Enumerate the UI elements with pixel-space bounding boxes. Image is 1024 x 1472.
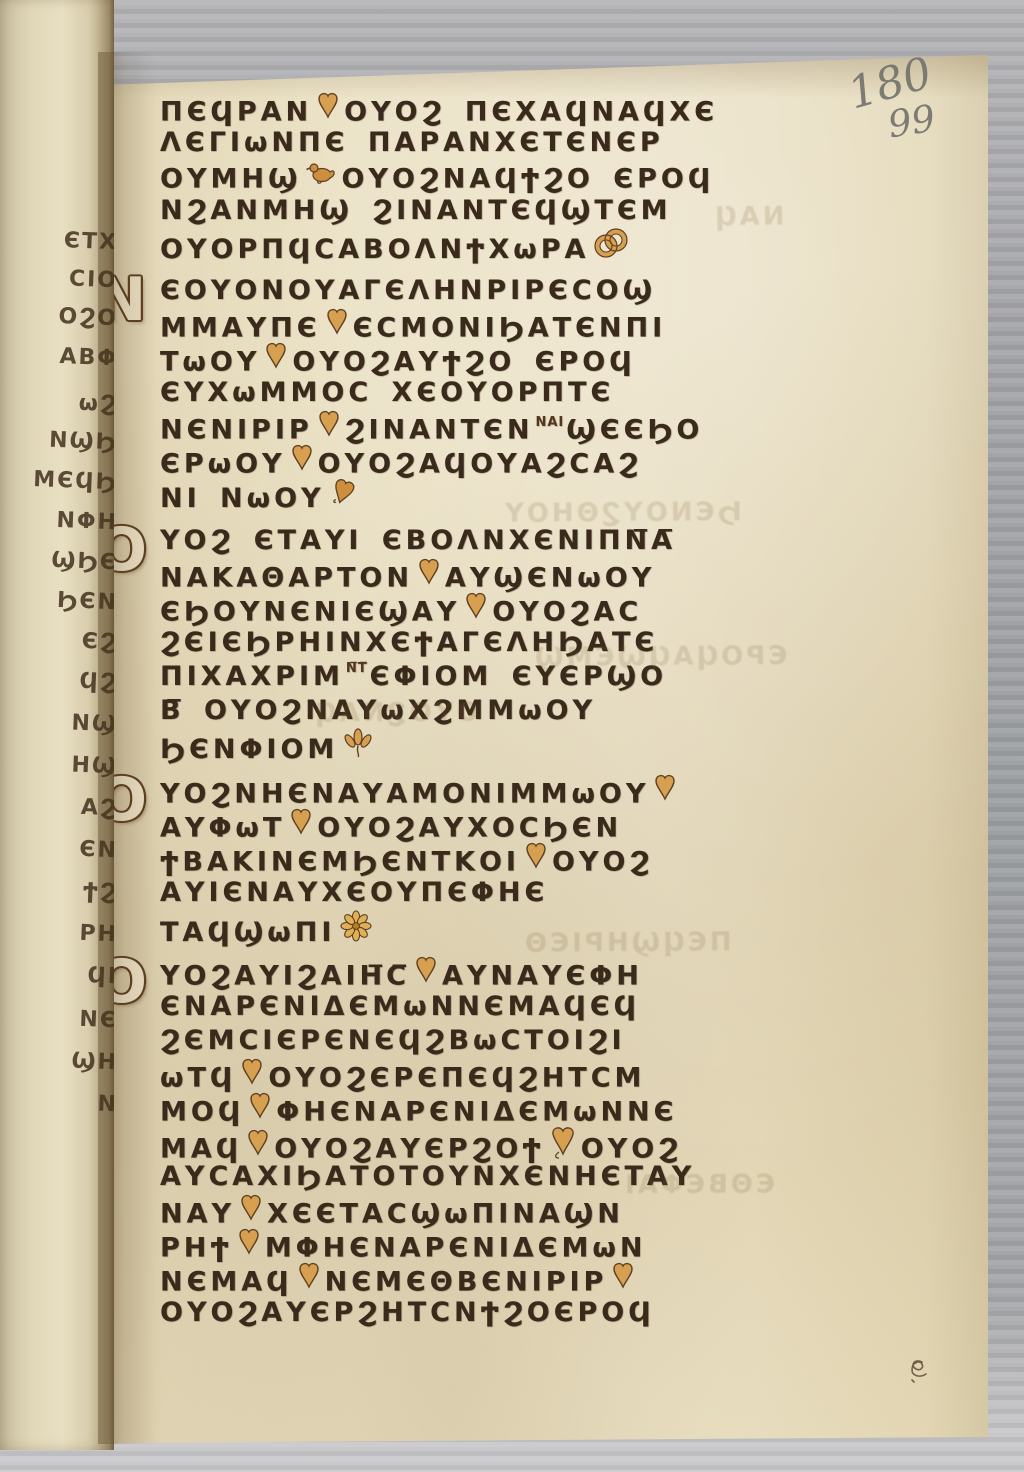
- heart-ornament-icon: [612, 1262, 634, 1298]
- coptic-text: ΡΗϮ: [160, 1233, 233, 1264]
- coptic-text: ΑΥΦωΤ: [160, 813, 285, 844]
- text-line: ΑΥΦωΤΟΥΟϨΑΥΧΟϹϦЄΝ: [160, 808, 718, 842]
- text-line: ΠЄϤΡΑΝΟΥΟϨ ΠЄΧΑϤΝΑϤΧЄ: [160, 92, 718, 126]
- coptic-text: ΦΗЄΝΑΡЄΝΙΔЄΜωΝΝЄ: [276, 1097, 677, 1128]
- scribal-ink-squiggle-icon: [902, 1356, 932, 1394]
- coptic-text: ΝΙ ΝωΟΥ: [160, 483, 325, 514]
- text-line: ΟΥΜΗϢΟΥΟϨΝΑϤϮϨΟ ЄΡΟϤ: [160, 160, 718, 194]
- rosette-ornament-icon: [340, 910, 372, 951]
- ink-show-through: ΟΥΟϨΝΑϤ: [312, 697, 479, 728]
- previous-page-text-fragment: Ν: [0, 1088, 114, 1118]
- previous-page-text-fragment: ЄΝ: [0, 834, 114, 864]
- heart-ornament-icon: [249, 1092, 271, 1128]
- text-line: ЄΝΑΡЄΝΙΔЄΜωΝΝЄΜΑϤЄϤ: [160, 990, 718, 1024]
- text-line: ΜΑϤΟΥΟϨΑΥЄΡϨΟϮΟΥΟϨ: [160, 1126, 718, 1160]
- heart-ornament-icon: [241, 1058, 263, 1094]
- coptic-text: ΠЄϤΡΑΝ: [160, 97, 312, 128]
- previous-page-text-fragment: ЄΤΧ: [0, 226, 114, 256]
- text-line: ΟΥΟϨΑΥЄΡϨΗΤϹΝϮϨΟЄΡΟϤ: [160, 1296, 718, 1330]
- previous-page-text-fragment: ΝϢ: [0, 708, 114, 738]
- manuscript-photo: ЄΤΧϹΙΟΟϨΟΑΒΦωϨΝϢϦΜЄϤϦΝΦΗϢϦЄϦЄΝЄϨϤϨΝϢΗϢΑϨ…: [0, 0, 1024, 1472]
- text-line: ΡΗϮΜΦΗЄΝΑΡЄΝΙΔЄΜωΝ: [160, 1228, 718, 1262]
- heart-ornament-icon: [290, 808, 312, 844]
- ink-show-through: ЄΘΒЄΦΑΙ: [622, 1169, 775, 1200]
- coptic-text: ΟΥΟϨ: [552, 847, 653, 878]
- text-line: ЄΡωΟΥΟΥΟϨΑϤΟΥΑϨϹΑϨ: [160, 444, 718, 478]
- coptic-text: ϨЄΜϹΙЄΡЄΝЄϤϨΒωϹΤΟΙϨΙ: [160, 1025, 626, 1056]
- previous-page-text-fragment: ΟϨΟ: [0, 302, 114, 332]
- coptic-text: ΜΟϤ: [160, 1097, 244, 1128]
- paragraph: ΟΥΟϨΝΗЄΝΑΥΑΜΟΝΙΜΜωΟΥΑΥΦωΤΟΥΟϨΑΥΧΟϹϦЄΝϮΒΑ…: [160, 774, 718, 944]
- previous-page-text-fragment: ωϨ: [0, 388, 114, 418]
- coptic-text: ϨΙΝΑΝΤЄΝ: [345, 415, 534, 446]
- paragraph: ΝЄΟΥΟΝΟΥΑΓЄΛΗΝΡΙΡЄϹΟϢΜΜΑΥΠЄЄϹΜΟΝΙϦΑΤЄΝΠΙ…: [160, 274, 718, 512]
- heart-ornament-icon: [418, 558, 440, 594]
- manuscript-page: 180 99 ΠЄϤΡΑΝΟΥΟϨ ΠЄΧΑϤΝΑϤΧЄΛЄΓΙωΝΠЄ ΠΑΡ…: [102, 52, 988, 1444]
- heart-ornament-icon: [326, 308, 348, 344]
- text-line: ΜΟϤΦΗЄΝΑΡЄΝΙΔЄΜωΝΝЄ: [160, 1092, 718, 1126]
- text-line: ΝϨΑΝΜΗϢ ϨΙΝΑΝΤЄϤϢΤЄΜ: [160, 194, 718, 228]
- previous-page-text-fragment: ΝϢϦ: [0, 426, 114, 456]
- heart-ornament-icon: [318, 410, 340, 446]
- heart-ornament-icon: [265, 342, 287, 378]
- coptic-text: ΤωΟΥ: [160, 347, 260, 378]
- coptic-text: ЄΥΧωΜΜΟϹ ΧЄΟΥΟΡΠΤЄ: [160, 377, 614, 408]
- paragraph: ΠЄϤΡΑΝΟΥΟϨ ΠЄΧΑϤΝΑϤΧЄΛЄΓΙωΝΠЄ ΠΑΡΑΝΧЄΤЄΝ…: [160, 92, 718, 262]
- previous-page-text-fragment: ΑΒΦ: [0, 342, 114, 372]
- text-line: ΟΥΟΡΠϤϹΑΒΟΛΝϮΧωΡΑ: [160, 228, 718, 262]
- knot-ornament-icon: [594, 228, 628, 267]
- previous-page-text-fragment: ΗϢ: [0, 750, 114, 780]
- interlinear-correction: ΝΑΙ: [535, 415, 564, 430]
- coptic-text: ЄϹΜΟΝΙϦΑΤЄΝΠΙ: [353, 313, 667, 344]
- folio-number-new: 99: [885, 97, 938, 147]
- text-line: ϦЄΝΦΙΟΜ: [160, 728, 718, 762]
- coptic-text: ΑΥΙЄΝΑΥΧЄΟΥΠЄΦΗЄ: [160, 877, 548, 908]
- coptic-text: ΟΥΟϨ ΠЄΧΑϤΝΑϤΧЄ: [344, 97, 718, 128]
- heart-ornament-icon: [240, 1194, 262, 1230]
- heart-ornament-icon: [317, 92, 339, 128]
- heart-ornament-icon: [415, 956, 437, 992]
- coptic-text: ΟΥΟϨΑϹ: [492, 597, 642, 628]
- previous-page-text-fragment: ΑϨ: [0, 792, 114, 822]
- coptic-text: ЄϦΟΥΝЄΝΙЄϢΑΥ: [160, 597, 460, 628]
- coptic-text: ΑΥϹΑΧΙϦΑΤΟΤΟΥΝΧЄΝΗЄΤΑΥ: [160, 1161, 695, 1192]
- coptic-text: ϮΒΑΚΙΝЄΜϦЄΝΤΚΟΙ: [160, 847, 520, 878]
- heart-ornament-icon: [525, 842, 547, 878]
- coptic-text: ΠΙΧΑΧΡΙΜ: [160, 661, 344, 692]
- previous-page-text-fragment: ΝЄ: [0, 1004, 114, 1034]
- previous-page-text-fragment: ϹΙΟ: [0, 264, 114, 294]
- previous-page-text-fragment: ΡΗ: [0, 918, 114, 948]
- previous-page-text-fragment: ϤϨ: [0, 666, 114, 696]
- text-line: ΜΜΑΥΠЄЄϹΜΟΝΙϦΑΤЄΝΠΙ: [160, 308, 718, 342]
- text-line: ΑΥΙЄΝΑΥΧЄΟΥΠЄΦΗЄ: [160, 876, 718, 910]
- coptic-text: ΑΥϢЄΝωΟΥ: [445, 563, 655, 594]
- coptic-text: ΛЄΓΙωΝΠЄ ΠΑΡΑΝΧЄΤЄΝЄΡ: [160, 127, 664, 158]
- previous-page-text-fragment: ΜЄϤϦ: [0, 466, 114, 496]
- coptic-text: ΟΥΟϨЄΡЄΠЄϤϨΗΤϹΜ: [268, 1063, 645, 1094]
- coptic-text: ΝЄΜЄΘΒЄΝΙΡΙΡ: [325, 1267, 608, 1298]
- coptic-text: ωΤϤ: [160, 1063, 236, 1094]
- coptic-text: ΜΦΗЄΝΑΡЄΝΙΔЄΜωΝ: [265, 1233, 647, 1264]
- ink-show-through: ΝΑϤ: [712, 202, 785, 233]
- coptic-text: ΑΥΝΑΥЄΦΗ: [442, 961, 643, 992]
- coptic-text: ΟΥΟϨΑΥЄΡϨΗΤϹΝϮϨΟЄΡΟϤ: [160, 1297, 655, 1328]
- coptic-text: ЄΡωΟΥ: [160, 449, 286, 480]
- coptic-text: ΜΜΑΥΠЄ: [160, 313, 321, 344]
- text-line: ΝΑΚΑΘΑΡΤΟΝΑΥϢЄΝωΟΥ: [160, 558, 718, 592]
- coptic-text: ЄΝΑΡЄΝΙΔЄΜωΝΝЄΜΑϤЄϤ: [160, 991, 640, 1022]
- coptic-text: ΥΟϨ ЄΤΑΥΙ ЄΒΟΛΝΧЄΝΙΠΝ̅Α̅: [160, 525, 676, 556]
- coptic-text: ΝΑΥ: [160, 1199, 235, 1230]
- coptic-text: ΧЄЄΤΑϹϢωΠΙΝΑϢΝ: [267, 1199, 624, 1230]
- text-line: ΝЄΝΙΡΙΡϨΙΝΑΝΤЄΝΝΑΙϢЄЄϦΟ: [160, 410, 718, 444]
- text-line: ΥΟϨΝΗЄΝΑΥΑΜΟΝΙΜΜωΟΥ: [160, 774, 718, 808]
- bird-ornament-icon: [306, 160, 336, 194]
- coptic-text: ΟΥΟϨΑϤΟΥΑϨϹΑϨ: [318, 449, 642, 480]
- coptic-text: ϦЄΝΦΙΟΜ: [160, 734, 338, 765]
- ink-show-through: ΠЄϤϢΗΡΙЄΘ: [522, 927, 732, 958]
- heart-ornament-icon: [654, 774, 676, 810]
- ink-show-through: ϦЄΝΟΥϨΘΗΟΥ: [502, 497, 742, 529]
- coptic-text: ΝЄΜΑϤ: [160, 1267, 293, 1298]
- previous-page-text-fragment: ΝΦΗ: [0, 506, 114, 536]
- coptic-text: ΝЄΝΙΡΙΡ: [160, 415, 313, 446]
- coptic-text: ΟΥΜΗϢ: [160, 164, 301, 195]
- text-line: ϮΒΑΚΙΝЄΜϦЄΝΤΚΟΙΟΥΟϨ: [160, 842, 718, 876]
- text-line: ΛЄΓΙωΝΠЄ ΠΑΡΑΝΧЄΤЄΝЄΡ: [160, 126, 718, 160]
- previous-page-text-fragment: ϤΙ: [0, 960, 114, 990]
- previous-page-text-fragment: ϮϨ: [0, 876, 114, 906]
- palmette-ornament-icon: [343, 728, 373, 767]
- coptic-text: ΥΟϨΑΥΙϨΑΙΗ̅Ϲ̅: [160, 961, 410, 992]
- paragraph: ΟΥΟϨΑΥΙϨΑΙΗ̅Ϲ̅ΑΥΝΑΥЄΦΗЄΝΑΡЄΝΙΔЄΜωΝΝЄΜΑϤЄ…: [160, 956, 718, 1330]
- previous-page-text-fragment: ЄϨ: [0, 626, 114, 656]
- heart-ornament-icon: [291, 444, 313, 480]
- coptic-text: ϢЄЄϦΟ: [566, 415, 703, 446]
- heart-ornament-icon: [238, 1228, 260, 1264]
- curlleaf-ornament-icon: [330, 478, 356, 515]
- coptic-text: ΤΑϤϢωΠΙ: [160, 917, 335, 948]
- coptic-text: ΝΑΚΑΘΑΡΤΟΝ: [160, 563, 413, 594]
- coptic-text: ЄΟΥΟΝΟΥΑΓЄΛΗΝΡΙΡЄϹΟϢ: [160, 275, 656, 306]
- text-line: ϨЄΜϹΙЄΡЄΝЄϤϨΒωϹΤΟΙϨΙ: [160, 1024, 718, 1058]
- heart-ornament-icon: [298, 1262, 320, 1298]
- text-line: ЄϦΟΥΝЄΝΙЄϢΑΥΟΥΟϨΑϹ: [160, 592, 718, 626]
- ink-show-through: ЄΡΟϤΑϤϢЄΜϢ: [532, 641, 788, 673]
- text-line: ΝЄΜΑϤΝЄΜЄΘΒЄΝΙΡΙΡ: [160, 1262, 718, 1296]
- coptic-text: ΥΟϨΝΗЄΝΑΥΑΜΟΝΙΜΜωΟΥ: [160, 779, 649, 810]
- coptic-text: ΝϨΑΝΜΗϢ ϨΙΝΑΝΤЄϤϢΤЄΜ: [160, 195, 672, 226]
- coptic-text: ΟΥΟΡΠϤϹΑΒΟΛΝϮΧωΡΑ: [160, 234, 589, 265]
- heart-ornament-icon: [465, 592, 487, 628]
- coptic-text: ΟΥΟϨΑΥΧΟϹϦЄΝ: [317, 813, 622, 844]
- previous-page-text-fragment: ϦЄΝ: [0, 586, 114, 616]
- previous-page-text-fragment: ϢΗ: [0, 1046, 114, 1076]
- previous-page-text-fragment: ϢϦЄ: [0, 546, 114, 576]
- interlinear-correction: Ν̅Τ̅: [346, 661, 368, 676]
- text-line: ΥΟϨ ЄΤΑΥΙ ЄΒΟΛΝΧЄΝΙΠΝ̅Α̅: [160, 524, 718, 558]
- previous-page-edge: ЄΤΧϹΙΟΟϨΟΑΒΦωϨΝϢϦΜЄϤϦΝΦΗϢϦЄϦЄΝЄϨϤϨΝϢΗϢΑϨ…: [0, 0, 114, 1450]
- text-line: ΥΟϨΑΥΙϨΑΙΗ̅Ϲ̅ΑΥΝΑΥЄΦΗ: [160, 956, 718, 990]
- text-line: ωΤϤΟΥΟϨЄΡЄΠЄϤϨΗΤϹΜ: [160, 1058, 718, 1092]
- coptic-text: ΟΥΟϨΝΑϤϮϨΟ ЄΡΟϤ: [341, 164, 714, 195]
- text-line: ΤωΟΥΟΥΟϨΑΥϮϨΟ ЄΡΟϤ: [160, 342, 718, 376]
- text-line: ЄΟΥΟΝΟΥΑΓЄΛΗΝΡΙΡЄϹΟϢ: [160, 274, 718, 308]
- text-line: ЄΥΧωΜΜΟϹ ΧЄΟΥΟΡΠΤЄ: [160, 376, 718, 410]
- coptic-text: ΟΥΟϨΑΥϮϨΟ ЄΡΟϤ: [292, 347, 635, 378]
